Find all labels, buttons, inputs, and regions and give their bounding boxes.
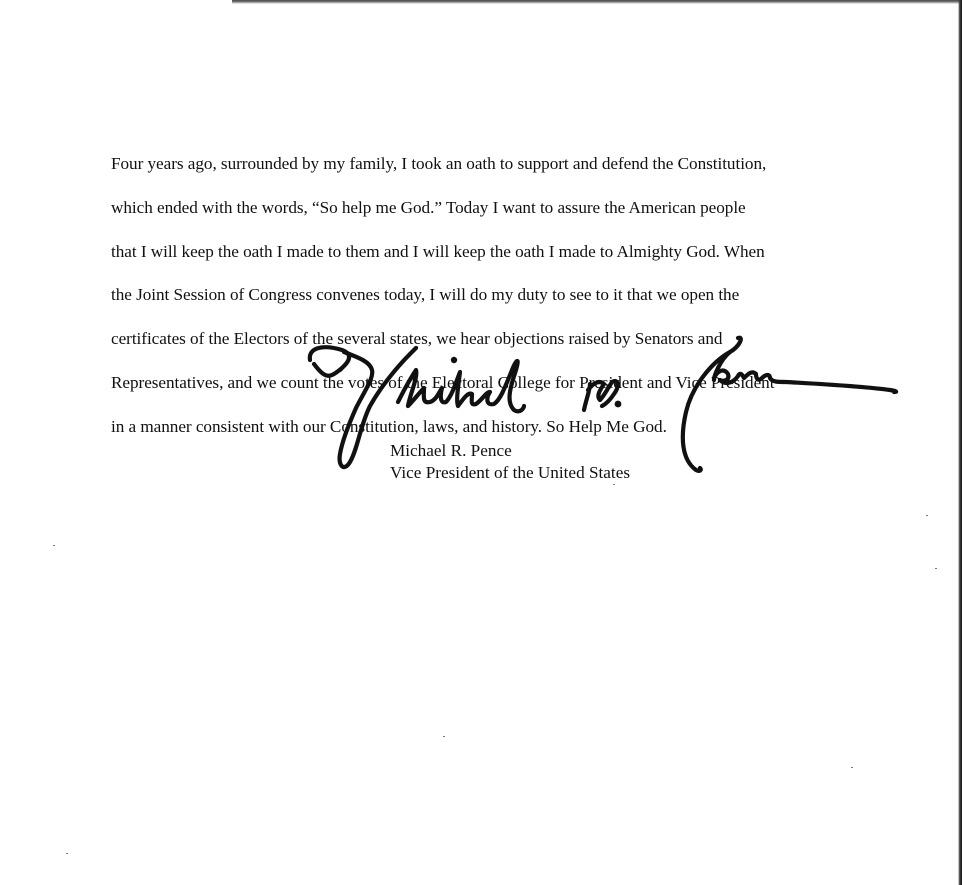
scan-top-edge — [232, 0, 962, 4]
signer-name: Michael R. Pence — [390, 440, 630, 462]
scan-speck — [613, 484, 615, 485]
scan-speck — [926, 515, 928, 516]
scan-speck — [53, 545, 55, 546]
scan-speck — [66, 853, 68, 854]
body-line: the Joint Session of Congress convenes t… — [111, 284, 901, 306]
scan-speck — [443, 736, 445, 737]
body-line: that I will keep the oath I made to them… — [111, 241, 901, 263]
body-line: which ended with the words, “So help me … — [111, 197, 901, 219]
scan-speck — [935, 568, 937, 569]
signer-title: Vice President of the United States — [390, 462, 630, 484]
signature-block: Michael R. Pence Vice President of the U… — [390, 440, 630, 483]
scan-right-edge — [958, 0, 962, 885]
body-line: Four years ago, surrounded by my family,… — [111, 153, 901, 175]
letter-page: Four years ago, surrounded by my family,… — [0, 0, 962, 885]
scan-speck — [851, 767, 853, 768]
